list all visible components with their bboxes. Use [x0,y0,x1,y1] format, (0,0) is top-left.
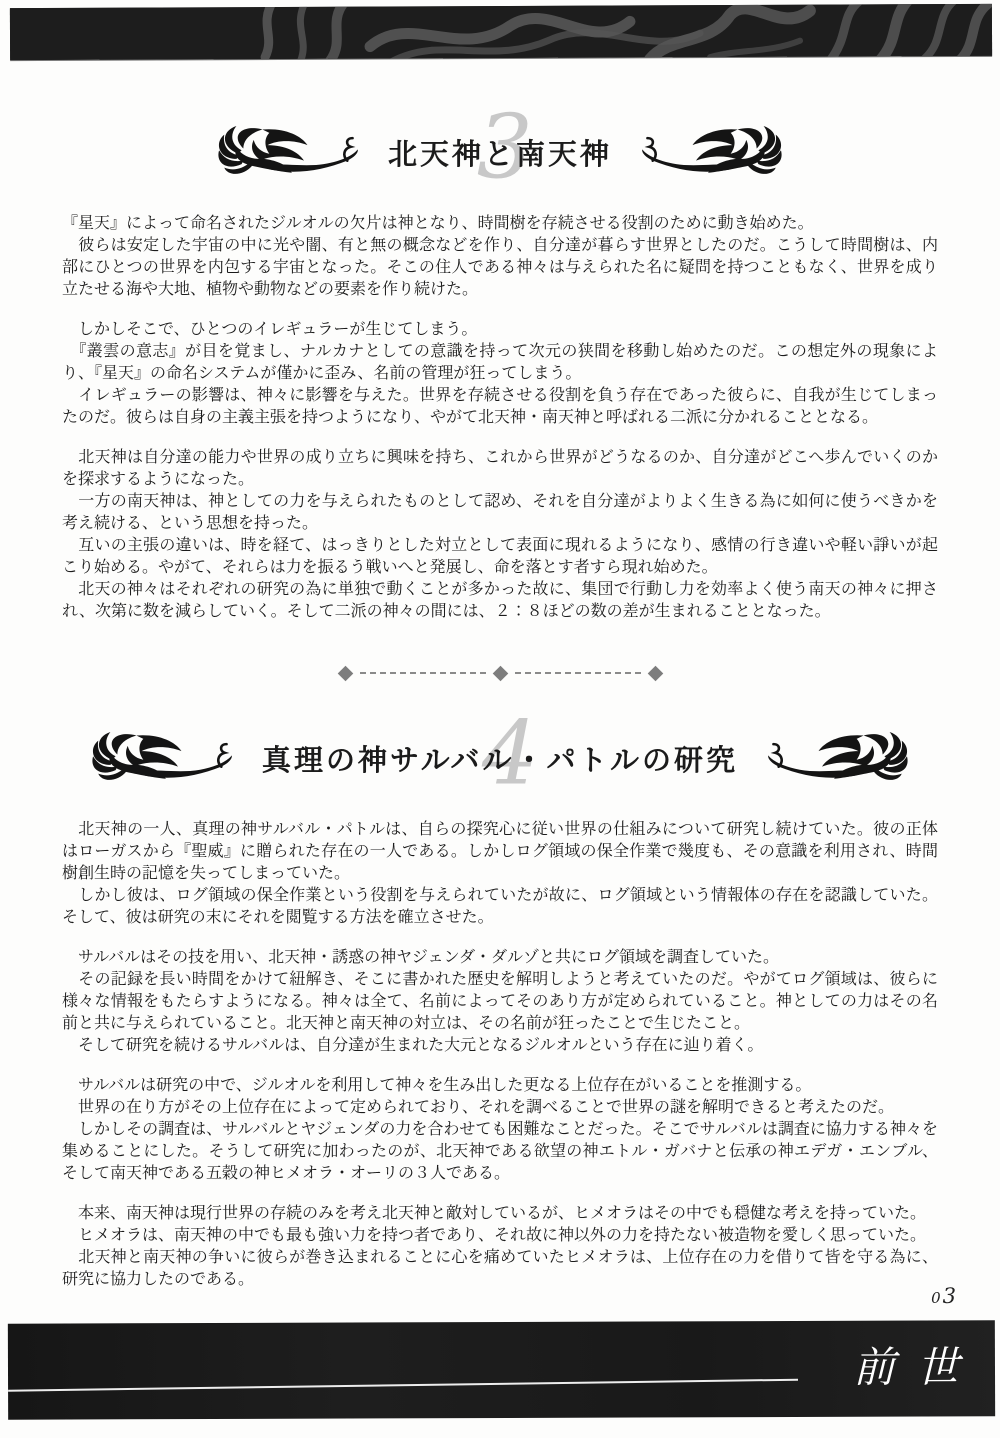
body-paragraph: しかしその調査は、サルバルとヤジェンダの力を合わせても困難なことだった。そこでサ… [62,1118,938,1184]
body-paragraph: 北天神と南天神の争いに彼らが巻き込まれることに心を痛めていたヒメオラは、上位存在… [62,1246,938,1290]
section-heading: 4 真理の神サルバル・パトルの研究 [62,710,938,806]
page-number: 03 [931,1284,958,1308]
section-title: 真理の神サルバル・パトルの研究 [262,743,738,777]
paragraph-block: 北天神の一人、真理の神サルバル・パトルは、自らの探究心に従い世界の仕組みについて… [62,818,938,928]
flourish-ornament-right-icon [634,126,784,178]
body-paragraph: しかし彼は、ログ領域の保全作業という役割を与えられていたが故に、ログ領域という情… [62,884,938,928]
body-paragraph: ヒメオラは、南天神の中でも最も強い力を持つ者であり、それ故に神以外の力を持たない… [62,1224,938,1246]
paragraph-block: 『星天』によって命名されたジルオルの欠片は神となり、時間樹を存続させる役割のため… [62,212,938,300]
diamond-icon [492,665,508,681]
flourish-ornament-left-icon [90,732,240,784]
footer-band: 前世 [8,1320,995,1419]
body-paragraph: 互いの主張の違いは、時を経て、はっきりとした対立として表面に現れるようになり、感… [62,534,938,578]
diamond-icon [337,665,353,681]
section-title-wrap: 4 真理の神サルバル・パトルの研究 [254,738,746,779]
paragraph-block: サルバルはその技を用い、北天神・誘惑の神ヤジェンダ・ダルゾと共にログ領域を調査し… [62,946,938,1056]
dashed-line [515,672,641,674]
section-divider [62,666,938,680]
body-paragraph: 『叢雲の意志』が目を覚まし、ナルカナとしての意識を持って次元の狭間を移動し始めた… [62,340,938,384]
body-paragraph: 北天の神々はそれぞれの研究の為に単独で動くことが多かった故に、集団で行動し力を効… [62,578,938,622]
footer-chapter-label: 前世 [853,1334,981,1394]
body-paragraph: サルバルはその技を用い、北天神・誘惑の神ヤジェンダ・ダルゾと共にログ領域を調査し… [62,946,938,968]
body-paragraph: 世界の在り方がその上位存在によって定められており、それを調べることで世界の謎を解… [62,1096,938,1118]
dashed-line [360,672,486,674]
body-paragraph: サルバルは研究の中で、ジルオルを利用して神々を生み出した更なる上位存在がいること… [62,1074,938,1096]
body-paragraph: 一方の南天神は、神としての力を与えられたものとして認め、それを自分達がよりよく生… [62,490,938,534]
paragraph-block: しかしそこで、ひとつのイレギュラーが生じてしまう。 『叢雲の意志』が目を覚まし、… [62,318,938,428]
diamond-icon [647,665,663,681]
paragraph-block: サルバルは研究の中で、ジルオルを利用して神々を生み出した更なる上位存在がいること… [62,1074,938,1184]
body-paragraph: しかしそこで、ひとつのイレギュラーが生じてしまう。 [62,318,938,340]
body-paragraph: イレギュラーの影響は、神々に影響を与えた。世界を存続させる役割を負う存在であった… [62,384,938,428]
section-paragraphs: 北天神の一人、真理の神サルバル・パトルは、自らの探究心に従い世界の仕組みについて… [62,818,938,1290]
section-title: 北天神と南天神 [388,137,612,171]
body-paragraph: 本来、南天神は現行世界の存続のみを考え北天神と敵対しているが、ヒメオラはその中で… [62,1202,938,1224]
section-heading: 3 北天神と南天神 [62,104,938,200]
section-title-wrap: 3 北天神と南天神 [380,132,620,173]
flourish-ornament-right-icon [760,732,910,784]
section-hokutenshin-nantenshin: 3 北天神と南天神 『星天』によって命名されたジルオルの欠片は神となり、時間樹を… [62,104,938,622]
body-paragraph: 彼らは安定した宇宙の中に光や闇、有と無の概念などを作り、自分達が暮らす世界とした… [62,234,938,300]
body-paragraph: 『星天』によって命名されたジルオルの欠片は神となり、時間樹を存続させる役割のため… [62,212,938,234]
body-paragraph: その記録を長い時間をかけて紐解き、そこに書かれた歴史を解明しようと考えていたのだ… [62,968,938,1034]
section-sarubaru-research: 4 真理の神サルバル・パトルの研究 北天神の一人、真理の神サルバル・パトルは、自… [62,710,938,1290]
body-paragraph: そして研究を続けるサルバルは、自分達が生まれた大元となるジルオルという存在に辿り… [62,1034,938,1056]
body-paragraph: 北天神の一人、真理の神サルバル・パトルは、自らの探究心に従い世界の仕組みについて… [62,818,938,884]
body-paragraph: 北天神は自分達の能力や世界の成り立ちに興味を持ち、これから世界がどうなるのか、自… [62,446,938,490]
paragraph-block: 北天神は自分達の能力や世界の成り立ちに興味を持ち、これから世界がどうなるのか、自… [62,446,938,622]
footer-rule-line [8,1379,798,1392]
paragraph-block: 本来、南天神は現行世界の存続のみを考え北天神と敵対しているが、ヒメオラはその中で… [62,1202,938,1290]
flourish-ornament-left-icon [216,126,366,178]
document-body: 3 北天神と南天神 『星天』によって命名されたジルオルの欠片は神となり、時間樹を… [62,0,938,1290]
section-paragraphs: 『星天』によって命名されたジルオルの欠片は神となり、時間樹を存続させる役割のため… [62,212,938,622]
